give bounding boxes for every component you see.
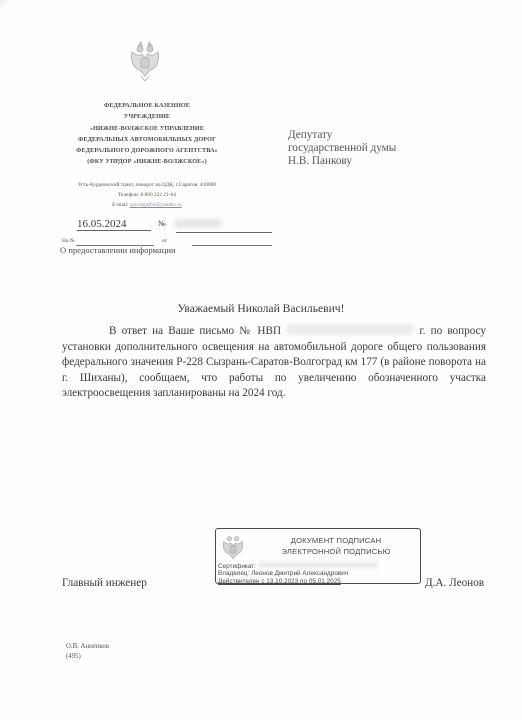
stamp-details: Сертификат: Владелец: Леонов Дмитрий Але… xyxy=(218,562,418,585)
executor-info: О.В. Анненков (495) xyxy=(66,642,109,662)
signer-position: Главный инженер xyxy=(62,577,147,589)
addressee-line: Депутату xyxy=(288,129,396,142)
russian-coat-of-arms-icon xyxy=(220,533,246,563)
org-address: Усть-Курдюмский тракт, поворот на ЦДК, г… xyxy=(52,180,242,190)
org-line: ФЕДЕРАЛЬНОГО ДОРОЖНОГО АГЕНТСТВА» xyxy=(62,145,232,156)
org-email: E-mail: nizvolgaf64@yandex.ru xyxy=(52,200,242,210)
number-underline xyxy=(176,232,272,233)
ref-number-label: На № xyxy=(62,238,75,244)
organization-name: ФЕДЕРАЛЬНОЕ КАЗЕННОЕ УЧРЕЖДЕНИЕ «НИЖНЕ-В… xyxy=(62,100,232,168)
org-line: ФЕДЕРАЛЬНЫХ АВТОМОБИЛЬНЫХ ДОРОГ xyxy=(62,134,232,145)
page-corner-shadow xyxy=(0,0,10,12)
org-line: «НИЖНЕ-ВОЛЖСКОЕ УПРАВЛЕНИЕ xyxy=(62,123,232,134)
redacted-certificate xyxy=(258,562,378,568)
stamp-title-line: ЭЛЕКТРОННОЙ ПОДПИСЬЮ xyxy=(256,546,416,557)
executor-phone: (495) xyxy=(66,652,109,662)
body-text-start: В ответ на Ваше письмо № НВП xyxy=(109,325,281,337)
email-label: E-mail: xyxy=(112,202,128,208)
letter-page: ФЕДЕРАЛЬНОЕ КАЗЕННОЕ УЧРЕЖДЕНИЕ «НИЖНЕ-В… xyxy=(0,0,522,720)
addressee-line: государственной думы xyxy=(288,142,396,155)
email-link[interactable]: nizvolgaf64@yandex.ru xyxy=(130,202,182,208)
org-phone: Телефон: 8 800 222 21-64 xyxy=(52,190,242,200)
number-label: № xyxy=(158,219,166,228)
org-line: ФЕДЕРАЛЬНОЕ КАЗЕННОЕ xyxy=(62,100,232,111)
redacted-letter-number xyxy=(286,324,414,335)
stamp-owner: Владелец: Леонов Дмитрий Александрович xyxy=(218,570,418,577)
org-line: УЧРЕЖДЕНИЕ xyxy=(62,111,232,122)
organization-contacts: Усть-Курдюмский тракт, поворот на ЦДК, г… xyxy=(52,180,242,211)
addressee: Депутату государственной думы Н.В. Панко… xyxy=(288,129,396,169)
russian-coat-of-arms-icon xyxy=(128,40,162,82)
outgoing-registration: 16.05.2024 № xyxy=(62,218,277,232)
addressee-line: Н.В. Панкову xyxy=(288,155,396,168)
redacted-number xyxy=(174,219,222,228)
letter-body: В ответ на Ваше письмо № НВП г. по вопро… xyxy=(62,324,486,402)
ref-from-label: от xyxy=(162,238,167,244)
org-line: (ФКУ УПРДОР «НИЖНЕ-ВОЛЖСКОЕ») xyxy=(62,156,232,167)
greeting: Уважаемый Николай Васильевич! xyxy=(0,302,522,315)
certificate-label: Сертификат: xyxy=(218,563,256,570)
signer-name: Д.А. Леонов xyxy=(425,577,484,589)
stamp-validity: Действителен с 13.10.2023 по 05.01.2025 xyxy=(218,578,418,585)
stamp-title: ДОКУМЕНТ ПОДПИСАН ЭЛЕКТРОННОЙ ПОДПИСЬЮ xyxy=(256,535,416,557)
ref-date-underline xyxy=(192,245,272,246)
letter-subject: О предоставлении информации xyxy=(60,245,176,255)
electronic-signature-stamp: ДОКУМЕНТ ПОДПИСАН ЭЛЕКТРОННОЙ ПОДПИСЬЮ С… xyxy=(215,528,421,584)
executor-name: О.В. Анненков xyxy=(66,642,109,652)
letter-date: 16.05.2024 xyxy=(77,218,151,231)
body-paragraph: В ответ на Ваше письмо № НВП г. по вопро… xyxy=(62,324,486,402)
stamp-title-line: ДОКУМЕНТ ПОДПИСАН xyxy=(256,535,416,546)
